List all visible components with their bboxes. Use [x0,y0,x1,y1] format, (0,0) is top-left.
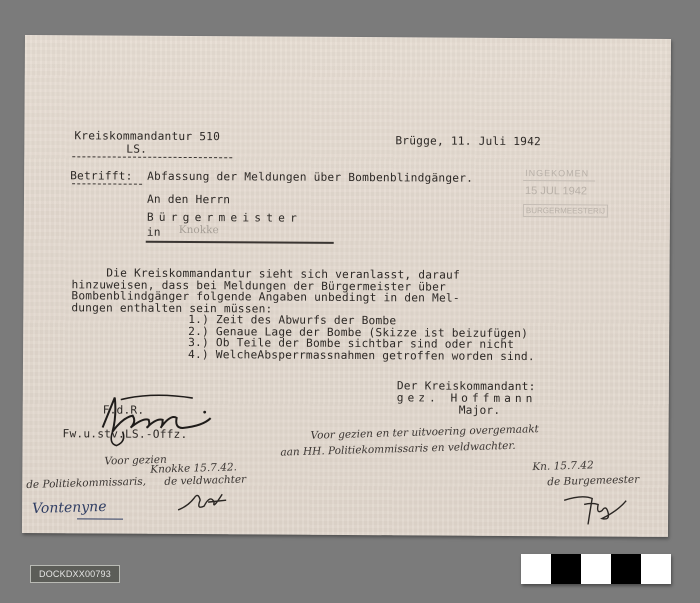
subject-label: Betrifft: [70,170,132,182]
police-commissioner-signature: Vontenyne [32,499,107,517]
stamp-date: 15 JUL 1942 [525,185,587,197]
recipient-city: Knokke [179,224,219,236]
archive-reference-label: DOCKDXX00793 [30,565,120,583]
signature-underline [77,518,123,519]
handwritten-note-line2: aan HH. Politiekommissaris en veldwachte… [280,440,515,459]
color-scale-bar [521,554,671,584]
subject-text: Abfassung der Meldungen über Bombenblind… [147,171,473,184]
certification-signature [92,387,222,448]
handwritten-left-role1: de Politiekommissaris, [26,476,146,491]
requirements-list: 1.) Zeit des Abwurfs der Bombe 2.) Genau… [25,35,671,39]
scale-segment-white [641,554,671,584]
mayor-signature [562,490,632,530]
header-underline [72,156,232,158]
subject-underline [72,183,142,184]
handwritten-note-line1: Voor gezien en ter uitvoering overgemaak… [310,423,539,442]
field-guard-signature [174,488,234,516]
scale-segment-black [551,554,581,584]
recipient-salutation: An den Herrn [147,194,230,206]
recipient-underline [146,241,334,244]
scale-segment-black [611,554,641,584]
list-item: 4.) WelcheAbsperrmassnahmen getroffen wo… [188,349,535,363]
handwritten-note-date: Kn. 15.7.42 [532,459,594,473]
scale-segment-white [581,554,611,584]
received-stamp: INGEKOMEN 15 JUL 1942 BURGERMEESTERIJ [519,168,599,224]
stamp-line3: BURGERMEESTERIJ [523,204,608,218]
document-paper: Kreiskommandantur 510 LS. Brügge, 11. Ju… [22,35,671,537]
recipient-title: Bürgermeister [147,212,302,224]
stamp-line1: INGEKOMEN [525,168,589,178]
signature-commander-rank: Major. [459,405,501,417]
place-date: Brügge, 11. Juli 1942 [395,135,541,147]
header-office-dept: LS. [126,144,147,156]
body-paragraph: Die Kreiskommandantur sieht sich veranla… [25,35,671,39]
scale-segment-white [521,554,551,584]
handwritten-left-role2: de veldwachter [164,474,246,488]
recipient-in: in [147,227,161,239]
header-office: Kreiskommandantur 510 [74,130,220,142]
handwritten-mayor-title: de Burgemeester [547,474,639,489]
